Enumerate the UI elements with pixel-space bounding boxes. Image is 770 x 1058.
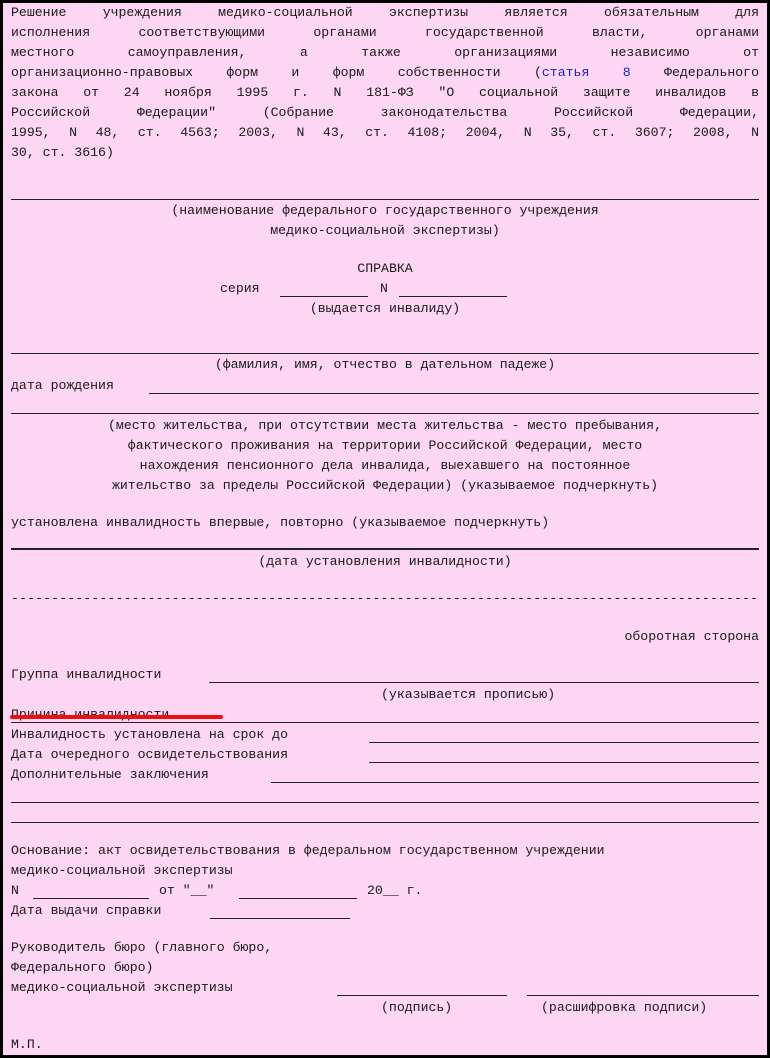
certificate-form: Решение учреждения медико-социальной экс… <box>3 3 767 1055</box>
preamble-line-6: Российской Федерации" (Собрание законода… <box>11 103 759 123</box>
preamble-line-8: 30, ст. 3616) <box>11 143 114 163</box>
residence-field[interactable] <box>11 413 759 414</box>
residence-caption-1: (место жительства, при отсутствии места … <box>11 416 759 436</box>
birth-date-field[interactable] <box>149 393 759 394</box>
preamble-line-4: организационно-правовых форм и форм собс… <box>11 63 759 83</box>
issue-date-label: Дата выдачи справки <box>11 901 161 921</box>
group-field[interactable] <box>209 682 759 683</box>
act-year-label: 20__ г. <box>367 881 422 901</box>
institution-field[interactable] <box>11 199 759 200</box>
signature-decode-caption: (расшифровка подписи) <box>541 998 707 1018</box>
established-date-caption: (дата установления инвалидности) <box>11 552 759 572</box>
stamp-label: М.П. <box>11 1035 43 1055</box>
preamble-line-1: Решение учреждения медико-социальной экс… <box>11 3 759 23</box>
residence-caption-4: жительство за пределы Российской Федерац… <box>11 476 759 496</box>
act-number-field[interactable] <box>33 898 149 899</box>
preamble-text: Федерального <box>631 65 759 80</box>
issued-to-caption: (выдается инвалиду) <box>11 299 759 319</box>
signature-caption: (подпись) <box>381 998 452 1018</box>
preamble-line-5: закона от 24 ноября 1995 г. N 181-ФЗ "О … <box>11 83 759 103</box>
cut-line: ----------------------------------------… <box>11 589 759 609</box>
residence-caption-3: нахождения пенсионного дела инвалида, вы… <box>11 456 759 476</box>
head-line-2: Федерального бюро) <box>11 958 153 978</box>
signature-field[interactable] <box>337 995 507 996</box>
document-title: СПРАВКА <box>11 259 759 279</box>
term-field[interactable] <box>369 742 759 743</box>
article-8-link[interactable]: статья 8 <box>542 65 631 80</box>
reverse-side-label: оборотная сторона <box>624 627 759 647</box>
signature-decode-field[interactable] <box>527 995 759 996</box>
highlight-underline <box>10 715 223 719</box>
preamble-text: организационно-правовых форм и форм собс… <box>11 65 542 80</box>
term-label: Инвалидность установлена на срок до <box>11 725 288 745</box>
established-line: установлена инвалидность впервые, повтор… <box>11 513 549 533</box>
next-exam-field[interactable] <box>369 762 759 763</box>
head-line-1: Руководитель бюро (главного бюро, <box>11 938 272 958</box>
group-label: Группа инвалидности <box>11 665 161 685</box>
residence-caption-2: фактического проживания на территории Ро… <box>11 436 759 456</box>
act-month-field[interactable] <box>239 898 357 899</box>
cause-field[interactable] <box>11 722 759 723</box>
head-line-3: медико-социальной экспертизы <box>11 978 233 998</box>
series-label: серия <box>220 279 260 299</box>
basis-line-1: Основание: акт освидетельствования в фед… <box>11 841 605 861</box>
institution-caption-2: медико-социальной экспертизы) <box>11 221 759 241</box>
basis-line-2: медико-социальной экспертизы <box>11 861 233 881</box>
number-label: N <box>380 279 388 299</box>
act-from-label: от "__" <box>159 881 214 901</box>
established-date-field[interactable] <box>11 548 759 550</box>
fio-caption: (фамилия, имя, отчество в дательном паде… <box>11 355 759 375</box>
next-exam-label: Дата очередного освидетельствования <box>11 745 288 765</box>
extra-field[interactable] <box>271 782 759 783</box>
extra-field-3[interactable] <box>11 822 759 823</box>
series-field[interactable] <box>280 296 368 297</box>
preamble-line-7: 1995, N 48, ст. 4563; 2003, N 43, ст. 41… <box>11 123 759 143</box>
fio-field[interactable] <box>11 353 759 354</box>
preamble-line-2: исполнения соответствующими органами гос… <box>11 23 759 43</box>
preamble-line-3: местного самоуправления, а также организ… <box>11 43 759 63</box>
group-caption: (указывается прописью) <box>381 685 555 705</box>
issue-date-field[interactable] <box>210 918 350 919</box>
extra-field-2[interactable] <box>11 802 759 803</box>
birth-date-label: дата рождения <box>11 376 114 396</box>
number-field[interactable] <box>399 296 507 297</box>
extra-label: Дополнительные заключения <box>11 765 209 785</box>
institution-caption: (наименование федерального государственн… <box>11 201 759 221</box>
act-number-label: N <box>11 881 19 901</box>
